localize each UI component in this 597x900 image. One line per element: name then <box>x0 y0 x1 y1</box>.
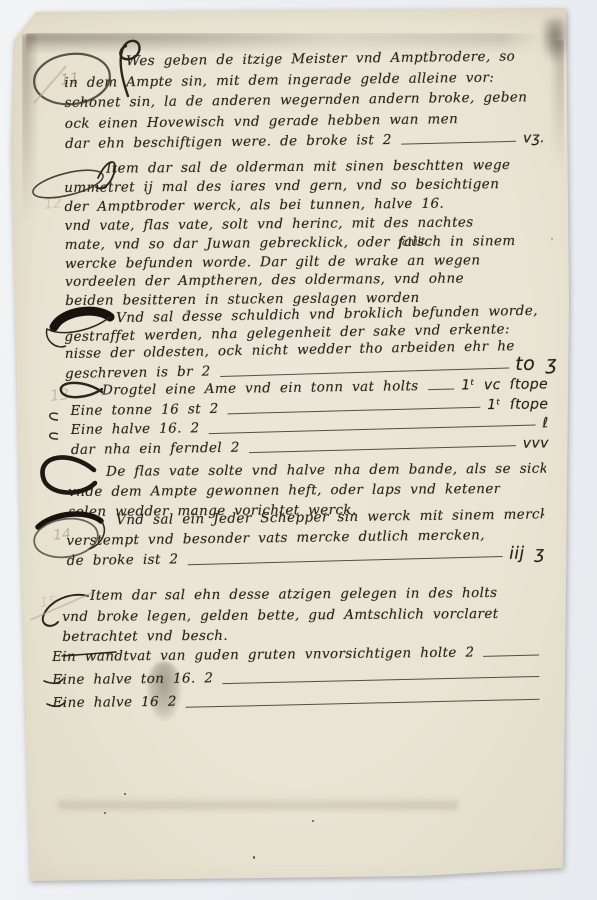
handwritten-text: dar ehn beschiftigen were. de broke ist … <box>65 130 392 154</box>
manuscript-line: vnde dem Ampte gewonnen heft, oder laps … <box>68 479 546 502</box>
manuscript-line: vnd broke legen, gelden bette, gud Amtsc… <box>62 603 532 627</box>
faded-streak <box>58 797 458 813</box>
ink-rule-dash <box>188 556 503 565</box>
pencil-number-15: 15 <box>39 594 57 611</box>
paragraph-item: Item dar sal ehn desse atzigen gelegen i… <box>62 583 532 648</box>
handwritten-text: de broke ist 2 <box>67 550 179 571</box>
handwritten-text: dar nha ein ferndel 2 <box>71 438 240 460</box>
ink-rule-dash <box>220 367 509 377</box>
paper-speck <box>124 793 126 795</box>
paragraph-14: Vnd sal ein Jeder Schepper sin werck mit… <box>66 505 545 571</box>
ink-rule-dash <box>209 425 536 435</box>
handwritten-text: Eine halve 16. 2 <box>71 419 200 440</box>
handwritten-text: vnd broke legen, gelden bette, gud Amtsc… <box>62 603 499 627</box>
paragraph-penalty: Vnd sal desse schuldich vnd broklich bef… <box>64 302 557 383</box>
ink-rule-dash <box>249 445 516 453</box>
ink-rule-dash <box>186 698 540 707</box>
amount-value: 1ᵗ vc ſtope <box>461 375 548 396</box>
list-wandtvat: Ein wandtvat van guden gruten vnvorsicht… <box>52 641 547 715</box>
paper-speck <box>312 820 314 822</box>
amount-value: ℓ <box>542 414 548 434</box>
paper-speck <box>551 238 553 240</box>
paper-speck <box>104 812 106 814</box>
interline-insertion: ſchilt <box>398 235 426 249</box>
ink-rule-dash <box>222 676 539 684</box>
paragraph-11: Wes geben de itzige Meister vnd Amptbrod… <box>64 46 545 154</box>
amount-value: 1ᵗ ſtope <box>487 395 548 415</box>
handwritten-text: Eine halve ton 16. 2 <box>52 667 213 691</box>
amount-value: iij ʒ <box>509 544 545 564</box>
photographed-manuscript-page: 11 12 13 14 15 Wes geben de itzige Meist… <box>0 0 597 900</box>
paper-speck <box>253 856 255 859</box>
ink-rule-dash <box>228 406 480 414</box>
paragraph-12: Item dar sal de olderman mit sinen besch… <box>64 156 551 311</box>
pencil-number-12: 12 <box>43 195 62 213</box>
amount-value: vvv <box>523 434 549 454</box>
amount-value: to ʒ <box>515 355 557 373</box>
handwritten-text: Eine tonne 16 st 2 <box>70 399 219 421</box>
handwritten-text: Eine halve 16 2 <box>52 690 176 714</box>
pencil-number-13: 13 <box>49 385 70 405</box>
handwritten-text: vnde dem Ampte gewonnen heft, oder laps … <box>68 479 500 502</box>
handwritten-text: Ein wandtvat van guden gruten vnvorsicht… <box>52 642 475 669</box>
ink-rule-dash <box>401 141 516 145</box>
ink-rule-dash <box>483 655 539 657</box>
amount-value: vʒ. <box>523 128 545 149</box>
list-13-measures: Drogtel eine Ame vnd ein tonn vat holts … <box>70 375 549 460</box>
ink-rule-dash <box>428 388 454 390</box>
